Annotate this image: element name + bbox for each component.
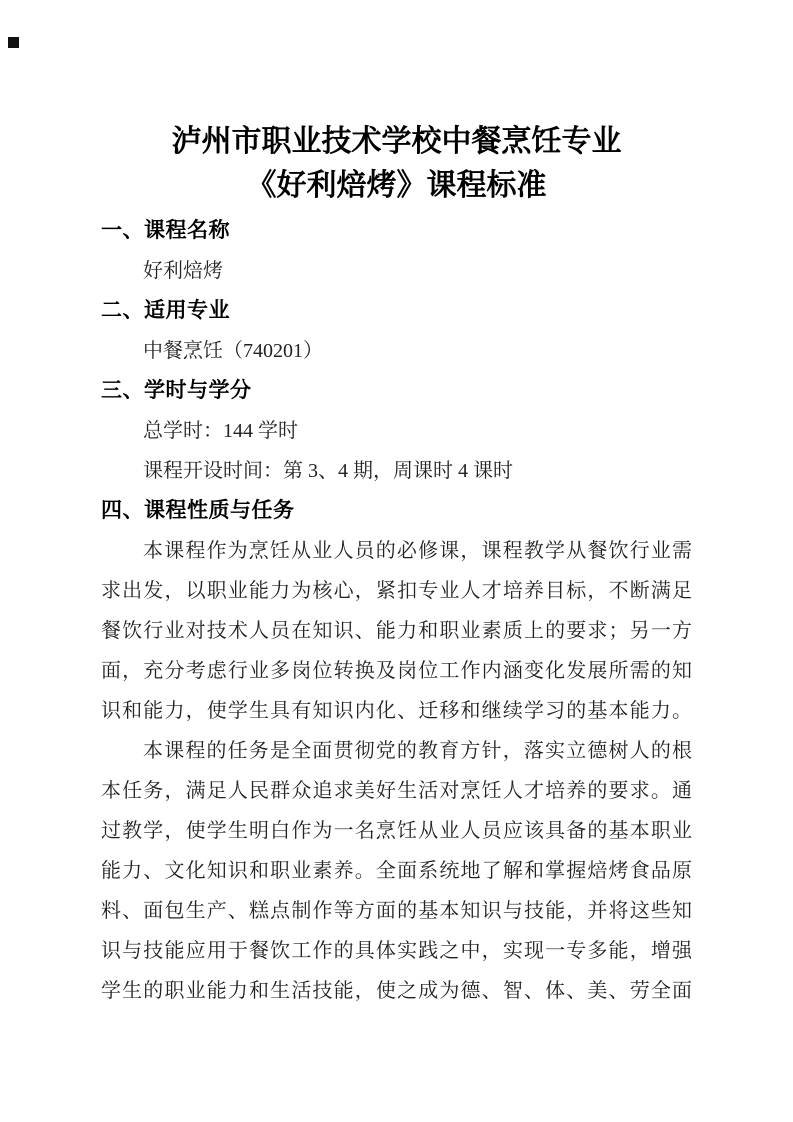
scan-artifact-mark	[8, 37, 19, 48]
section-heading-hours-credits: 三、学时与学分	[101, 371, 692, 411]
course-schedule-value: 课程开设时间：第 3、4 期，周课时 4 课时	[101, 451, 692, 491]
paragraph-line: 求出发，以职业能力为核心，紧扣专业人才培养目标，不断满足	[101, 571, 692, 611]
document-content: 泸州市职业技术学校中餐烹饪专业 《好利焙烤》课程标准 一、课程名称 好利焙烤 二…	[0, 0, 793, 1011]
paragraph-line: 学生的职业能力和生活技能，使之成为德、智、体、美、劳全面	[101, 971, 692, 1011]
section-heading-applicable-major: 二、适用专业	[101, 291, 692, 331]
document-title: 泸州市职业技术学校中餐烹饪专业 《好利焙烤》课程标准	[101, 120, 692, 208]
paragraph-line: 本课程作为烹饪从业人员的必修课，课程教学从餐饮行业需	[101, 531, 692, 571]
section-heading-course-name: 一、课程名称	[101, 211, 692, 251]
paragraph-line: 识与技能应用于餐饮工作的具体实践之中，实现一专多能，增强	[101, 931, 692, 971]
paragraph-line: 料、面包生产、糕点制作等方面的基本知识与技能，并将这些知	[101, 891, 692, 931]
section-heading-nature-tasks: 四、课程性质与任务	[101, 491, 692, 531]
paragraph-line: 识和能力，使学生具有知识内化、迁移和继续学习的基本能力。	[101, 691, 692, 731]
document-title-line1: 泸州市职业技术学校中餐烹饪专业	[101, 120, 692, 164]
paragraph-line: 过教学，使学生明白作为一名烹饪从业人员应该具备的基本职业	[101, 811, 692, 851]
paragraph-line: 餐饮行业对技术人员在知识、能力和职业素质上的要求；另一方	[101, 611, 692, 651]
paragraph-line: 本任务，满足人民群众追求美好生活对烹饪人才培养的要求。通	[101, 771, 692, 811]
document-page: 泸州市职业技术学校中餐烹饪专业 《好利焙烤》课程标准 一、课程名称 好利焙烤 二…	[0, 0, 793, 1122]
paragraph-1: 本课程作为烹饪从业人员的必修课，课程教学从餐饮行业需 求出发，以职业能力为核心，…	[101, 531, 692, 731]
paragraph-2: 本课程的任务是全面贯彻党的教育方针，落实立德树人的根 本任务，满足人民群众追求美…	[101, 731, 692, 1011]
paragraph-line: 面，充分考虑行业多岗位转换及岗位工作内涵变化发展所需的知	[101, 651, 692, 691]
course-name-value: 好利焙烤	[101, 251, 692, 291]
document-title-line2: 《好利焙烤》课程标准	[101, 164, 692, 208]
applicable-major-value: 中餐烹饪（740201）	[101, 331, 692, 371]
paragraph-line: 本课程的任务是全面贯彻党的教育方针，落实立德树人的根	[101, 731, 692, 771]
paragraph-line: 能力、文化知识和职业素养。全面系统地了解和掌握焙烤食品原	[101, 851, 692, 891]
total-hours-value: 总学时：144 学时	[101, 411, 692, 451]
